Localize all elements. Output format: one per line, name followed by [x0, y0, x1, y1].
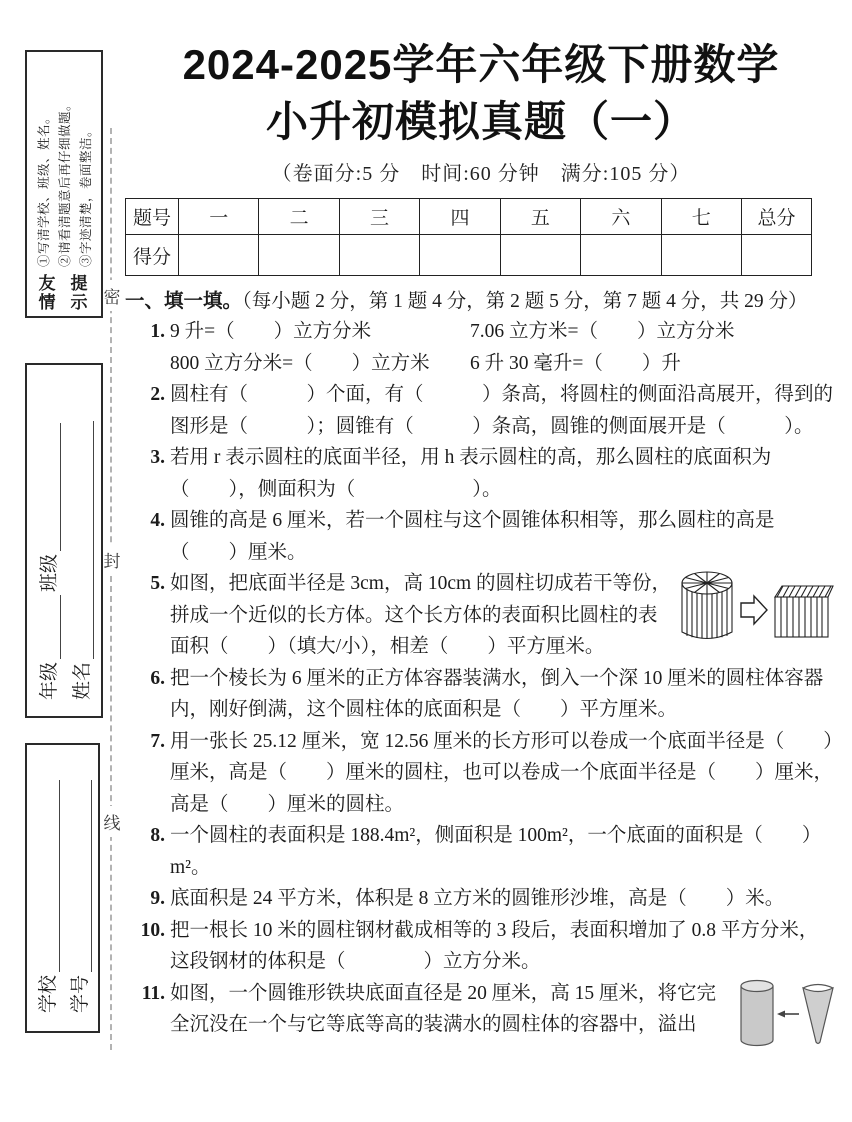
question-number: 3. [125, 442, 165, 474]
question-number: 8. [125, 820, 165, 852]
question-text: 底面积是 24 平方米，体积是 8 立方米的圆锥形沙堆，高是（ ）米。 [170, 888, 784, 909]
question-number: 6. [125, 663, 165, 695]
score-empty-cell [742, 235, 812, 276]
score-header-cell: 三 [339, 199, 419, 235]
question-number: 7. [125, 726, 165, 758]
cut-cylinder [682, 572, 732, 639]
score-header-cell: 二 [259, 199, 339, 235]
question-number: 2. [125, 379, 165, 411]
score-empty-cell [259, 235, 339, 276]
question-7: 7. 用一张长 25.12 厘米，宽 12.56 厘米的长方形可以卷成一个底面半… [125, 726, 837, 821]
question-1-item-a: 9 升=（ ）立方分米 [170, 316, 470, 348]
school-row: 学校 [33, 745, 60, 1013]
name-row: 姓名 [67, 365, 94, 700]
question-number: 9. [125, 883, 165, 915]
question-2: 2. 圆柱有（ ）个面，有（ ）条高，将圆柱的侧面沿高展开，得到的图形是（ ）；… [125, 379, 837, 442]
score-header-cell: 总分 [742, 199, 812, 235]
grade-class-row: 年级 班级 [34, 365, 61, 700]
question-11: 11. [125, 978, 837, 1050]
cylinder-cone-figure [737, 978, 837, 1050]
class-label: 班级 [34, 554, 61, 592]
school-blank-line [39, 780, 60, 972]
score-empty-cell [500, 235, 580, 276]
score-empty-cell [339, 235, 419, 276]
question-8: 8. 一个圆柱的表面积是 188.4m²，侧面积是 100m²，一个底面的面积是… [125, 820, 837, 883]
question-text: 如图，把底面半径是 3cm，高 10cm 的圆柱切成若干等份，拼成一个近似的长方… [170, 573, 671, 657]
seal-dashed-line: 密 封 线 [110, 128, 112, 1050]
seal-char-feng: 封 [102, 544, 122, 575]
question-4: 4. 圆锥的高是 6 厘米，若一个圆柱与这个圆锥体积相等，那么圆柱的高是（ ）厘… [125, 505, 837, 568]
score-header-cell: 六 [581, 199, 661, 235]
question-text: 把一个棱长为 6 厘米的正方体容器装满水，倒入一个深 10 厘米的圆柱体容器内，… [170, 668, 823, 721]
school-label: 学校 [33, 975, 60, 1013]
score-header-cell: 五 [500, 199, 580, 235]
question-10: 10. 把一根长 10 米的圆柱钢材截成相等的 3 段后，表面积增加了 0.8 … [125, 915, 837, 978]
exam-content: 2024-2025学年六年级下册数学 小升初模拟真题（一） （卷面分:5 分 时… [125, 0, 837, 1050]
score-empty-cell [420, 235, 500, 276]
page-title-line1: 2024-2025学年六年级下册数学 [125, 36, 837, 93]
question-text: 圆柱有（ ）个面，有（ ）条高，将圆柱的侧面沿高展开，得到的图形是（ ）；圆锥有… [170, 384, 833, 437]
student-id-blank-line [71, 780, 92, 972]
student-id-label: 学号 [65, 975, 92, 1013]
question-number: 11. [125, 978, 165, 1010]
score-row-label: 得分 [126, 235, 179, 276]
question-1-item-c: 800 立方分米=（ ）立方米 [170, 348, 470, 380]
exam-meta-line: （卷面分:5 分 时间:60 分钟 满分:105 分） [125, 157, 837, 186]
score-empty-cell [581, 235, 661, 276]
water-cylinder [741, 980, 773, 1045]
assembled-block [775, 586, 833, 637]
friendly-reminder-box: ①写清学校、班级、姓名。 ②请看清题意后再仔细做题。 ③字迹清楚，卷面整洁。 友… [25, 50, 103, 318]
seal-char-xian: 线 [102, 806, 122, 837]
score-table: 题号 一 二 三 四 五 六 七 总分 得分 [125, 198, 812, 276]
score-header-cell: 题号 [126, 199, 179, 235]
student-info-box-class: 年级 班级 姓名 [25, 363, 103, 718]
question-number: 10. [125, 915, 165, 947]
sliced-cylinder-figure [681, 570, 837, 648]
tip-line-3: ③字迹清楚，卷面整洁。 [76, 54, 94, 267]
section-1-title: 一、填一填。 [125, 291, 242, 312]
score-empty-cell [661, 235, 741, 276]
seal-char-mi: 密 [102, 280, 122, 311]
student-id-row: 学号 [65, 745, 92, 1013]
question-1-item-b: 7.06 立方米=（ ）立方分米 [470, 316, 837, 348]
question-text: 一个圆柱的表面积是 188.4m²，侧面积是 100m²，一个底面的面积是（ ）… [170, 825, 821, 878]
arrow-left-icon [777, 1010, 799, 1017]
section-1-heading: 一、填一填。（每小题 2 分，第 1 题 4 分，第 2 题 5 分，第 7 题… [125, 285, 837, 313]
friendly-reminder-title: 友 提 情 示 [31, 274, 95, 312]
exam-page: 密 封 线 ①写清学校、班级、姓名。 ②请看清题意后再仔细做题。 ③字迹清楚，卷… [0, 0, 852, 1122]
page-title-line2: 小升初模拟真题（一） [125, 93, 837, 150]
grade-blank-line [40, 595, 61, 659]
question-text: 如图，一个圆锥形铁块底面直径是 20 厘米，高 15 厘米，将它完全沉没在一个与… [170, 983, 716, 1036]
question-1-item-d: 6 升 30 毫升=（ ）升 [470, 348, 837, 380]
tip-line-1: ①写清学校、班级、姓名。 [34, 54, 52, 267]
score-header-cell: 七 [661, 199, 741, 235]
iron-cone [803, 984, 833, 1043]
score-empty-cell [179, 235, 259, 276]
question-text: 若用 r 表示圆柱的底面半径，用 h 表示圆柱的高，那么圆柱的底面积为（ ），侧… [170, 447, 771, 500]
question-number: 1. [125, 316, 165, 348]
question-text: 圆锥的高是 6 厘米，若一个圆柱与这个圆锥体积相等，那么圆柱的高是（ ）厘米。 [170, 510, 775, 563]
arrow-right-icon [741, 596, 767, 624]
question-3: 3. 若用 r 表示圆柱的底面半径，用 h 表示圆柱的高，那么圆柱的底面积为（ … [125, 442, 837, 505]
grade-label: 年级 [34, 662, 61, 700]
tip-line-2: ②请看清题意后再仔细做题。 [55, 54, 73, 267]
name-blank-line [73, 421, 94, 659]
question-text: 把一根长 10 米的圆柱钢材截成相等的 3 段后，表面积增加了 0.8 平方分米… [170, 920, 818, 973]
question-5: 5. [125, 568, 837, 663]
question-9: 9. 底面积是 24 平方米，体积是 8 立方米的圆锥形沙堆，高是（ ）米。 [125, 883, 837, 915]
score-table-score-row: 得分 [126, 235, 812, 276]
name-label: 姓名 [67, 662, 94, 700]
question-6: 6. 把一个棱长为 6 厘米的正方体容器装满水，倒入一个深 10 厘米的圆柱体容… [125, 663, 837, 726]
question-text: 用一张长 25.12 厘米，宽 12.56 厘米的长方形可以卷成一个底面半径是（… [170, 731, 833, 815]
score-header-cell: 四 [420, 199, 500, 235]
question-number: 5. [125, 568, 165, 600]
question-number: 4. [125, 505, 165, 537]
section-1-points: （每小题 2 分，第 1 题 4 分，第 2 题 5 分，第 7 题 4 分，共… [242, 291, 808, 312]
student-info-box-school: 学校 学号 [25, 743, 100, 1033]
friendly-reminder-tips: ①写清学校、班级、姓名。 ②请看清题意后再仔细做题。 ③字迹清楚，卷面整洁。 [27, 52, 101, 273]
score-header-cell: 一 [179, 199, 259, 235]
question-1: 1. 9 升=（ ）立方分米 7.06 立方米=（ ）立方分米 800 立方分米… [125, 316, 837, 379]
question-list: 1. 9 升=（ ）立方分米 7.06 立方米=（ ）立方分米 800 立方分米… [125, 316, 837, 1050]
score-table-header-row: 题号 一 二 三 四 五 六 七 总分 [126, 199, 812, 235]
class-blank-line [40, 423, 61, 551]
